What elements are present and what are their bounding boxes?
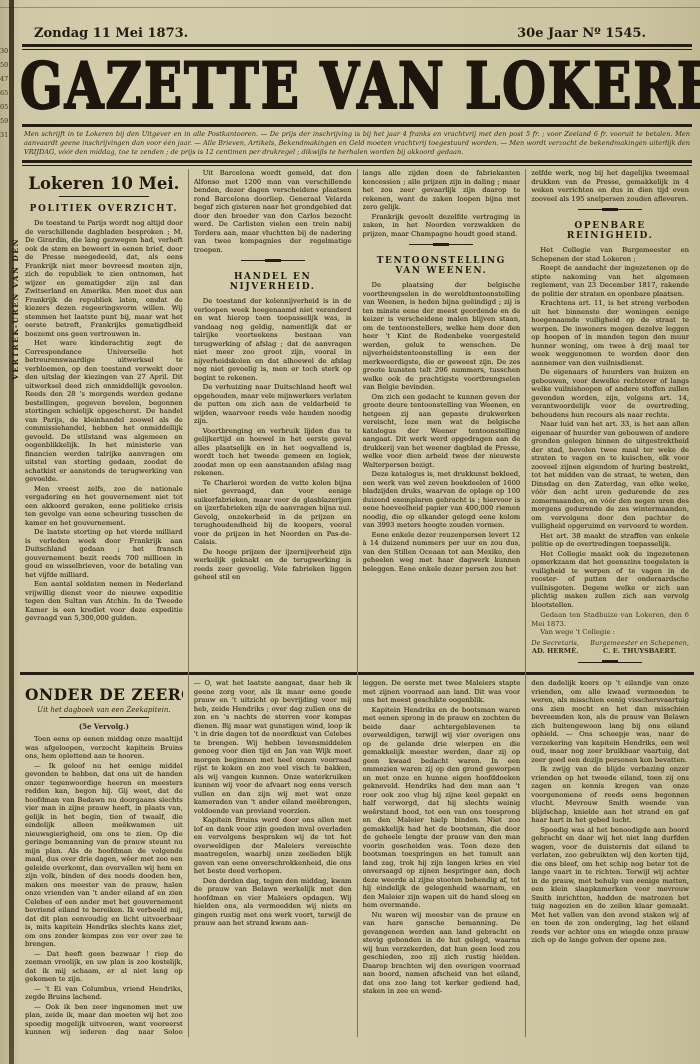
- politiek-continued: Uit Barcelona wordt gemeld, dat don Alfo…: [194, 169, 352, 254]
- paragraph: Naar luid van het art. 33, is het aan al…: [531, 420, 689, 531]
- paragraph: langs alle zijden doen de fabriekanten k…: [363, 169, 521, 212]
- column-1-bottom: ONDER DE ZEEROOVERS. Uit het dagboek van…: [25, 679, 183, 1037]
- politiek-overzicht-heading: POLITIEK OVERZICHT.: [25, 204, 183, 214]
- column-3-top: langs alle zijden doen de fabriekanten k…: [363, 169, 521, 669]
- feuilleton-body-1: Toen eens op eenen middag onze maaltijd …: [25, 735, 183, 1037]
- handel-body: De toestand der kolennijverheid is in de…: [194, 297, 352, 582]
- header-row: Zondag 11 Mei 1873. 30e Jaar Nº 1545.: [20, 0, 694, 43]
- column-4-top: zelfde werk, nog bij het dagelijks tweem…: [531, 169, 689, 669]
- article-separator: [578, 209, 642, 214]
- signature-mayor: Burgemeester en Schepenen, C. E. THUYSBA…: [590, 639, 689, 656]
- paragraph: De plaatsing der belgische voortbrengsel…: [363, 281, 521, 392]
- paragraph: Deze katalogus is, met drukkunst bekleed…: [363, 470, 521, 530]
- column-4-bottom: den dadelijk koers op 't eilandje van on…: [531, 679, 689, 1037]
- page-date: Zondag 11 Mei 1873.: [34, 26, 188, 41]
- paragraph: leggen. De eerste met twee Maleiers stap…: [363, 679, 521, 705]
- feuilleton-body-4: den dadelijk koers op 't eilandje van on…: [531, 679, 689, 945]
- paragraph: Spoedig was al het benoodigde aan boord …: [531, 826, 689, 945]
- paragraph: Het Collegie maakt ook de ingezetenen op…: [531, 550, 689, 610]
- column-2-bottom: — O, wat het laatste aangaat, daar heb i…: [194, 679, 352, 1037]
- paragraph: — Dat heeft geen bezwaar ! riep de zeema…: [25, 950, 183, 984]
- page-spine: 30504765055931 VERTREK-UREN VAN DEN: [0, 0, 20, 1064]
- feuilleton-part-label: (5e Vervolg.): [25, 722, 183, 731]
- dateline: Lokeren 10 Mei.: [25, 174, 183, 193]
- binding-shadow: [9, 0, 14, 1064]
- paragraph: 59: [0, 118, 12, 125]
- handel-continued: langs alle zijden doen de fabriekanten k…: [363, 169, 521, 238]
- paragraph: 50: [0, 62, 12, 69]
- paragraph: Voortbrenging en verbruik lijden dus te …: [194, 427, 352, 478]
- feuilleton-divider: [526, 672, 694, 675]
- margin-vertical-text: VERTREK-UREN VAN DEN: [11, 238, 20, 380]
- reinigheid-heading: OPENBARE REINIGHEID.: [531, 221, 689, 241]
- column-grid: Lokeren 10 Mei. POLITIEK OVERZICHT. De t…: [20, 169, 694, 1037]
- paragraph: Uit Barcelona wordt gemeld, dat don Alfo…: [194, 169, 352, 254]
- paragraph: Kapitein Hendriks en de bootsman waren m…: [363, 706, 521, 910]
- paragraph: Toen eens op eenen middag onze maaltijd …: [25, 735, 183, 761]
- column-4: zelfde werk, nog bij het dagelijks tweem…: [525, 169, 694, 1037]
- weenen-body: De plaatsing der belgische voortbrengsel…: [363, 281, 521, 573]
- weenen-heading: TENTOONSTELLING VAN WEENEN.: [363, 256, 521, 276]
- paragraph: — 't Ei van Columbus, vriend Hendriks, z…: [25, 985, 183, 1002]
- page-content: Zondag 11 Mei 1873. 30e Jaar Nº 1545. GA…: [20, 0, 694, 1064]
- paragraph: 65: [0, 90, 12, 97]
- paragraph: Te Charleroi worden de vette kolen bijna…: [194, 479, 352, 547]
- reinigheid-body: Het Collegie van Burgemeester en Schepen…: [531, 246, 689, 609]
- paragraph: — Ook ik ben zeer ingenomen met uw plan,…: [25, 1003, 183, 1038]
- article-separator: [578, 662, 642, 667]
- paragraph: 30: [0, 48, 12, 55]
- issue-number: 30e Jaar Nº 1545.: [517, 26, 646, 41]
- paragraph: Het ware kinderachtig zegt de Correspond…: [25, 339, 183, 484]
- paragraph: 47: [0, 76, 12, 83]
- subscription-rule: [22, 160, 692, 166]
- column-3: langs alle zijden doen de fabriekanten k…: [357, 169, 526, 1037]
- paragraph: 05: [0, 104, 12, 111]
- paragraph: 31: [0, 132, 12, 139]
- column-1-top: Lokeren 10 Mei. POLITIEK OVERZICHT. De t…: [25, 169, 183, 669]
- paragraph: Krachtens art. 11, is het streng verbode…: [531, 299, 689, 367]
- article-separator: [409, 244, 473, 249]
- paragraph: Het art. 38 maakt de straffen van enkele…: [531, 532, 689, 549]
- feuilleton-rule: [59, 717, 149, 718]
- paragraph: De eigenaars of huurders van huizen en g…: [531, 368, 689, 419]
- official-signoff: Gedaan ten Stadhuize van Lokeren, den 6 …: [531, 611, 689, 656]
- feuilleton-divider: [189, 672, 357, 675]
- paragraph: Nu waren wij meester van de prauw en van…: [363, 911, 521, 996]
- paragraph: zelfde werk, nog bij het dagelijks tweem…: [531, 169, 689, 203]
- signoff-place-date: Gedaan ten Stadhuize van Lokeren, den 6 …: [531, 611, 689, 628]
- paragraph: Eene enkele dezer reuzenpersen levert 12…: [363, 531, 521, 574]
- column-3-bottom: leggen. De eerste met twee Maleiers stap…: [363, 679, 521, 1037]
- paragraph: — O, wat het laatste aangaat, daar heb i…: [194, 679, 352, 815]
- paragraph: Kapitein Bruins werd door ons allen met …: [194, 816, 352, 876]
- paragraph: De verhuizing naar Duitschland heeft wel…: [194, 383, 352, 426]
- column-1: Lokeren 10 Mei. POLITIEK OVERZICHT. De t…: [20, 169, 188, 1037]
- article-separator: [241, 260, 305, 265]
- paragraph: Het Collegie van Burgemeester en Schepen…: [531, 246, 689, 263]
- column-2: Uit Barcelona wordt gemeld, dat don Alfo…: [188, 169, 357, 1037]
- signoff-authority: Van wege 't Collegie :: [531, 628, 689, 637]
- column-2-top: Uit Barcelona wordt gemeld, dat don Alfo…: [194, 169, 352, 669]
- masthead-title: GAZETTE VAN LOKEREN.: [20, 45, 694, 127]
- feuilleton-body-3: leggen. De eerste met twee Maleiers stap…: [363, 679, 521, 996]
- feuilleton-title: ONDER DE ZEEROOVERS.: [25, 685, 183, 704]
- handel-heading: HANDEL EN NIJVERHEID.: [194, 272, 352, 292]
- subscription-notice: Men schrijft in te Lokeren bij den Uitge…: [24, 130, 690, 157]
- politiek-overzicht-body: De toestand te Parijs wordt nog altijd d…: [25, 219, 183, 623]
- paragraph: De toestand te Parijs wordt nog altijd d…: [25, 219, 183, 338]
- paragraph: Den derden dag, tegen den middag, kwam d…: [194, 877, 352, 928]
- paragraph: De laatste storting op het vierde millia…: [25, 528, 183, 579]
- paragraph: Frankrijk gevoelt dezelfde vertraging in…: [363, 213, 521, 239]
- paragraph: den dadelijk koers op 't eilandje van on…: [531, 679, 689, 764]
- feuilleton-divider: [20, 672, 188, 675]
- dateline-rule: [59, 196, 149, 197]
- weenen-continued: zelfde werk, nog bij het dagelijks tweem…: [531, 169, 689, 203]
- feuilleton-divider: [358, 672, 526, 675]
- paragraph: — Ik geloof nu het eenige middel gevonde…: [25, 762, 183, 949]
- paragraph: Men vreest zelfs, zoo de nationale verga…: [25, 485, 183, 528]
- paragraph: De hooge prijzen der ijzernijverheid zij…: [194, 548, 352, 582]
- feuilleton-subtitle: Uit het dagboek van een Zeekapitein.: [25, 706, 183, 714]
- paragraph: De toestand der kolennijverheid is in de…: [194, 297, 352, 382]
- paragraph: Om zich een gedacht te kunnen geven der …: [363, 393, 521, 470]
- signature-secretary: De Secretaris, AD. HERMÉ.: [531, 639, 579, 656]
- paragraph: Een aantal soldaten nemen in Nederland v…: [25, 580, 183, 623]
- signature-row: De Secretaris, AD. HERMÉ. Burgemeester e…: [531, 639, 689, 656]
- paragraph: Ik zwijg van de blijde verbazing onzer v…: [531, 765, 689, 825]
- feuilleton-body-2: — O, wat het laatste aangaat, daar heb i…: [194, 679, 352, 928]
- margin-numbers: 30504765055931: [0, 48, 12, 146]
- newspaper-page: 30504765055931 VERTREK-UREN VAN DEN Zond…: [0, 0, 700, 1064]
- paragraph: Roept de aandacht der ingezetenen op de …: [531, 264, 689, 298]
